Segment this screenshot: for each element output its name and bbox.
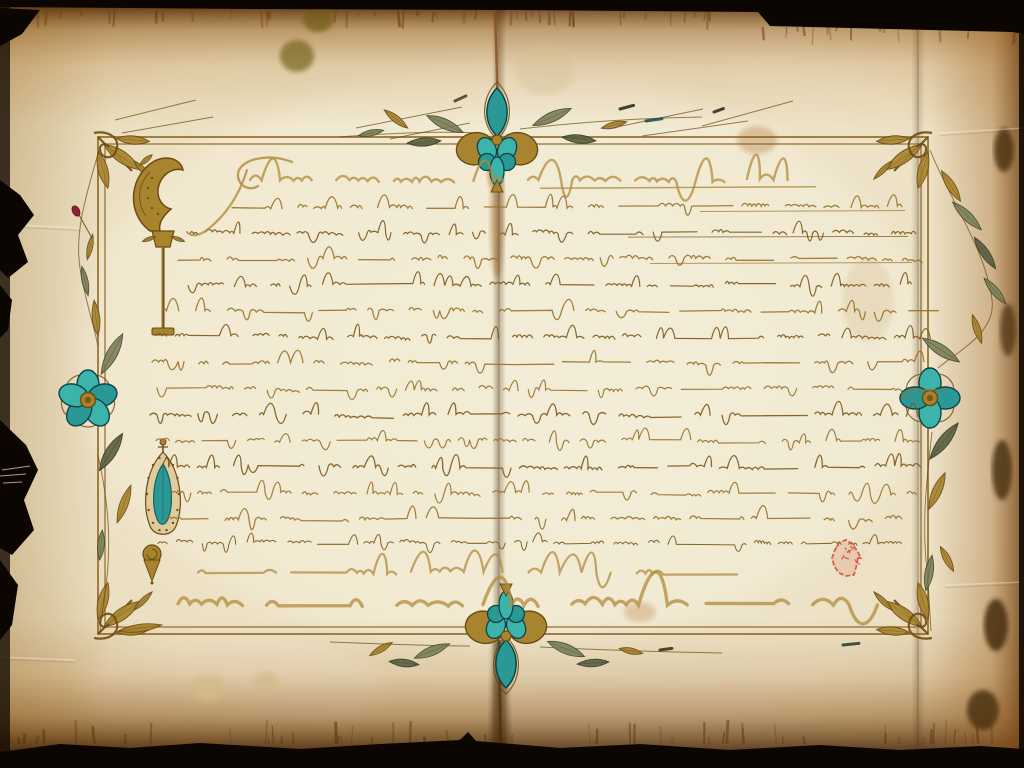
- manuscript-photo: Photograph of an antique illuminated man…: [0, 0, 1024, 768]
- manuscript-artwork: Photograph of an antique illuminated man…: [0, 0, 1024, 768]
